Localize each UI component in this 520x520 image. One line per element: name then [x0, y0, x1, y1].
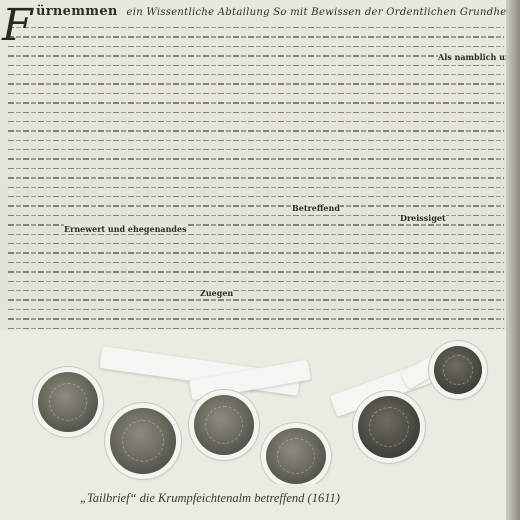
script-line — [8, 116, 504, 125]
script-line — [8, 163, 504, 172]
script-line — [8, 276, 504, 285]
script-line — [8, 97, 504, 106]
script-line — [8, 200, 504, 209]
script-line — [8, 247, 504, 256]
script-line — [8, 69, 504, 78]
script-line — [8, 172, 504, 181]
page-edge-shadow — [506, 0, 520, 520]
script-line — [8, 191, 504, 200]
script-line — [8, 60, 504, 69]
script-line — [8, 257, 504, 266]
script-line — [8, 285, 504, 294]
handwritten-text-block — [8, 22, 504, 332]
manuscript-document: F ürnemmen ein Wissentliche Abtailung So… — [0, 0, 508, 484]
inline-heading: Ernewert und ehegenandes — [64, 224, 187, 234]
script-line — [8, 266, 504, 275]
seals-area — [0, 330, 508, 484]
scanned-page: F ürnemmen ein Wissentliche Abtailung So… — [0, 0, 520, 520]
script-line — [8, 238, 504, 247]
script-line — [8, 50, 504, 59]
inline-heading: Dreissiget — [400, 213, 446, 223]
wax-seal — [266, 428, 326, 484]
wax-seal — [358, 396, 420, 458]
script-line — [8, 135, 504, 144]
wax-seal — [194, 395, 254, 455]
script-line — [8, 125, 504, 134]
script-line — [8, 78, 504, 87]
script-line — [8, 22, 504, 31]
wax-seal — [434, 346, 482, 394]
inline-heading: Als namblich und erstlich — [438, 52, 508, 62]
script-line — [8, 31, 504, 40]
script-line — [8, 41, 504, 50]
script-line — [8, 182, 504, 191]
document-title-line: ürnemmen ein Wissentliche Abtailung So m… — [36, 4, 508, 19]
inline-heading: Betreffend — [292, 203, 340, 213]
inline-heading: Zuegen — [200, 288, 233, 298]
figure-caption: „Tailbrief“ die Krumpfeichtenalm betreff… — [80, 491, 340, 506]
wax-seal — [38, 372, 98, 432]
wax-seal — [110, 408, 176, 474]
title-continuation: ein Wissentliche Abtailung So mit Bewiss… — [127, 7, 509, 18]
script-line — [8, 313, 504, 322]
script-line — [8, 107, 504, 116]
script-line — [8, 304, 504, 313]
script-line — [8, 144, 504, 153]
title-word: ürnemmen — [36, 4, 118, 19]
script-line — [8, 294, 504, 303]
script-line — [8, 153, 504, 162]
script-line — [8, 88, 504, 97]
